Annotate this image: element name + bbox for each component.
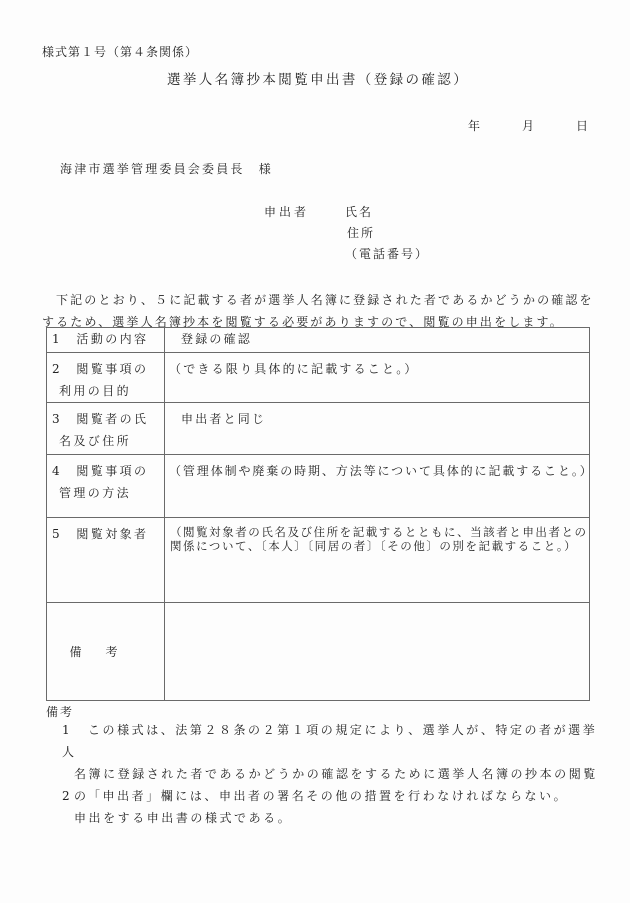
note-number: 2: [62, 785, 88, 807]
table-row: 5 閲覧対象者 （閲覧対象者の氏名及び住所を記載するとともに、当該者と申出者との…: [47, 518, 590, 603]
row-value-remarks[interactable]: [165, 603, 590, 701]
applicant-phone-label: （電話番号）: [345, 245, 429, 262]
date-year-label: 年: [468, 117, 480, 134]
row-value-activity[interactable]: 登録の確認: [165, 328, 590, 353]
table-row: 1 活動の内容 登録の確認: [47, 328, 590, 353]
row-label-purpose: 2 閲覧事項の 利用の目的: [47, 353, 165, 403]
applicant-address-label: 住所: [347, 224, 375, 241]
row-value-viewer[interactable]: 申出者と同じ: [165, 403, 590, 455]
document-title: 選挙人名簿抄本閲覧申出書（登録の確認）: [167, 68, 469, 88]
application-table: 1 活動の内容 登録の確認 2 閲覧事項の 利用の目的 （できる限り具体的に記載…: [46, 327, 590, 701]
applicant-label: 申出者: [264, 203, 309, 220]
intro-line-1: 下記のとおり、５に記載する者が選挙人名簿に登録された者であるかどうかの確認を: [42, 289, 602, 311]
row-value-purpose[interactable]: （できる限り具体的に記載すること。）: [165, 353, 590, 403]
notes-heading: 備考: [46, 703, 74, 720]
date-day-label: 日: [576, 117, 588, 134]
table-row: 4 閲覧事項の 管理の方法 （管理体制や廃棄の時期、方法等について具体的に記載す…: [47, 455, 590, 518]
form-number: 様式第１号（第４条関係）: [42, 43, 198, 60]
row-value-target[interactable]: （閲覧対象者の氏名及び住所を記載するとともに、当該者と申出者との 関係について、…: [165, 518, 590, 603]
note-item-2: 2「申出者」欄には、申出者の署名その他の措置を行わなければならない。: [62, 785, 602, 807]
row-value-management[interactable]: （管理体制や廃棄の時期、方法等について具体的に記載すること。）: [165, 455, 590, 518]
row-label-target: 5 閲覧対象者: [47, 518, 165, 603]
row-label-remarks: 備考: [47, 603, 165, 701]
table-row: 備考: [47, 603, 590, 701]
row-label-management: 4 閲覧事項の 管理の方法: [47, 455, 165, 518]
note-number: 1: [62, 719, 88, 741]
table-row: 3 閲覧者の氏 名及び住所 申出者と同じ: [47, 403, 590, 455]
note-item-1: 1この様式は、法第２８条の２第１項の規定により、選挙人が、特定の者が選挙人 名簿…: [62, 719, 602, 829]
date-month-label: 月: [522, 117, 534, 134]
addressee: 海津市選挙管理委員会委員長 様: [60, 160, 273, 177]
row-label-viewer: 3 閲覧者の氏 名及び住所: [47, 403, 165, 455]
row-label-activity: 1 活動の内容: [47, 328, 165, 353]
applicant-name-label: 氏名: [345, 203, 373, 220]
table-row: 2 閲覧事項の 利用の目的 （できる限り具体的に記載すること。）: [47, 353, 590, 403]
